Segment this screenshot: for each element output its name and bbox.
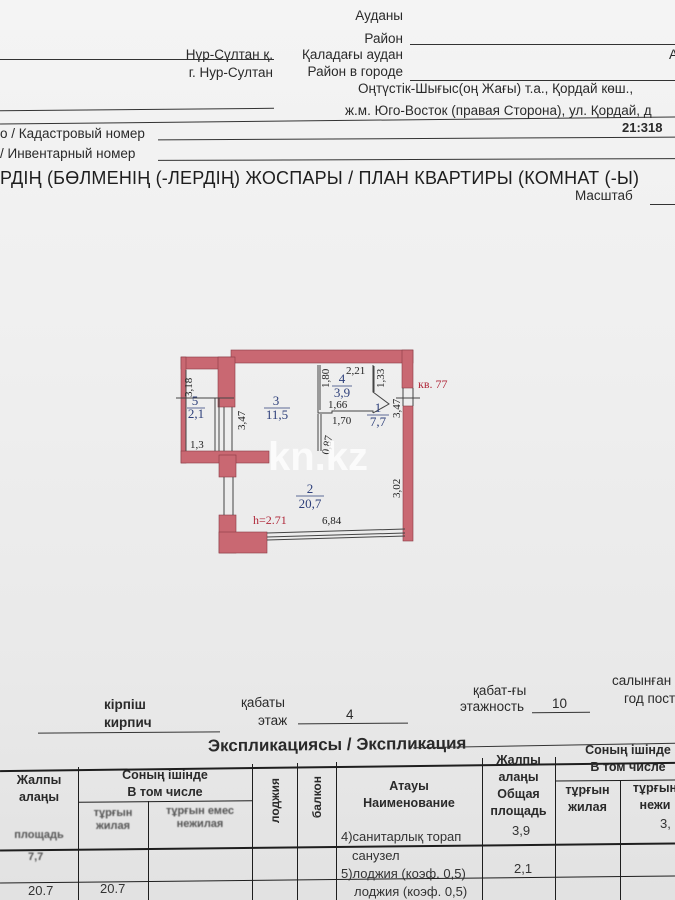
row-1-name-ru: санузел [352, 848, 400, 863]
header-living-kz: тұрғын [555, 782, 620, 799]
col-line [148, 801, 149, 900]
dim-bath-width: 2,21 [346, 365, 365, 377]
col-line [252, 764, 253, 900]
dim-bath-height: 1,80 [320, 368, 332, 388]
header-including-ru: В том числе [78, 784, 252, 801]
material-kz: кірпіш [104, 697, 146, 712]
dim-loggia-small: 1,3 [190, 439, 204, 451]
row-1-nonliving: 3, [660, 816, 671, 831]
left-row-1-total: 7,7 [28, 851, 43, 863]
header-name-kz: Атауы [336, 778, 482, 795]
room-2-number: 2 [307, 481, 314, 496]
floors-total-value: 10 [552, 696, 567, 711]
floors-total-label-kz: қабат-ғы [473, 683, 526, 698]
watermark: kn.kz [268, 435, 368, 479]
dim-bath-inner: 1,66 [328, 399, 348, 411]
header-living-ru: жилая [555, 799, 620, 816]
material-ru: кирпич [104, 715, 152, 730]
dim-room2-height: 3,02 [391, 479, 403, 498]
left-row-2-living: 20.7 [100, 881, 125, 896]
dim-corridor-width: 1,70 [332, 415, 352, 427]
floor-label-ru: этаж [258, 713, 287, 728]
header-including-left: Соның ішінде В том числе [78, 767, 252, 801]
room-4-number: 4 [339, 371, 346, 386]
header-loggia: лоджия [268, 778, 282, 823]
ceiling-height: h=2.71 [253, 513, 287, 527]
header-area-ru2: площадь [482, 803, 555, 820]
header-name-ru: Наименование [336, 795, 482, 812]
header-total-kz2: алаңы [0, 789, 78, 806]
floor-value: 4 [346, 707, 354, 722]
explication-title: Экспликациясы / Экспликация [208, 734, 467, 757]
col-line [555, 757, 556, 900]
header-including-kz: Соның ішінде [78, 767, 252, 784]
room-1-number: 1 [375, 400, 382, 415]
dim-hall-right: 1,33 [375, 368, 387, 388]
dim-right-wall: 3,47 [391, 398, 403, 418]
header-including-right-ru: В том числе [558, 759, 675, 776]
floor-label-kz: қабаты [241, 695, 285, 710]
row-1-area: 3,9 [512, 823, 530, 838]
header-living-blurred: тұрғын жилая [80, 807, 146, 833]
dim-room3-height: 3,47 [236, 410, 248, 430]
row-1-name-kz: 4)санитарлық торап [341, 829, 461, 844]
header-area-kz1: Жалпы [482, 752, 555, 769]
built-label-kz: салынған [612, 673, 671, 688]
header-nonliving-ru: нежи [620, 797, 675, 814]
header-living: тұрғын жилая [555, 782, 620, 816]
header-area-kz2: алаңы [482, 769, 555, 786]
room-3-area: 11,5 [266, 407, 288, 422]
header-nonliving-blurred: тұрғын емес нежилая [150, 805, 250, 831]
built-label-ru: год пост [624, 691, 675, 706]
header-balcony: балкон [310, 776, 324, 818]
apartment-number-label: кв. 77 [418, 377, 448, 391]
header-area-ru1: Общая [482, 786, 555, 803]
col-line [297, 763, 298, 900]
header-nonliving: тұрғын нежи [620, 780, 675, 814]
room-2-area: 20,7 [299, 496, 322, 511]
header-total-area-left: Жалпы алаңы [0, 772, 78, 806]
room-1-area: 7,7 [370, 414, 387, 429]
dim-room2-width: 6,84 [322, 515, 342, 527]
row-2-name-kz: 5)лоджия (коэф. 0,5) [341, 866, 466, 881]
row-2-area: 2,1 [514, 861, 532, 876]
room-3-number: 3 [273, 393, 280, 408]
header-total-ru-blurred: площадь [0, 827, 78, 844]
room-4-area: 3,9 [334, 385, 350, 400]
row-2-name-ru: лоджия (коэф. 0,5) [354, 884, 467, 899]
header-name: Атауы Наименование [336, 778, 482, 812]
header-including-right: Соның ішінде В том числе [558, 742, 675, 776]
header-total-area: Жалпы алаңы Общая площадь [482, 752, 555, 820]
left-row-2-total: 20.7 [28, 883, 53, 898]
header-nonliving-kz: тұрғын [620, 780, 675, 797]
header-total-kz: Жалпы [0, 772, 78, 789]
header-including-right-kz: Соның ішінде [558, 742, 675, 759]
floors-total-label-ru: этажность [460, 699, 524, 714]
document-page: Ауданы Район Нұр-Сұлтан қ. Қаладағы ауда… [0, 0, 675, 900]
